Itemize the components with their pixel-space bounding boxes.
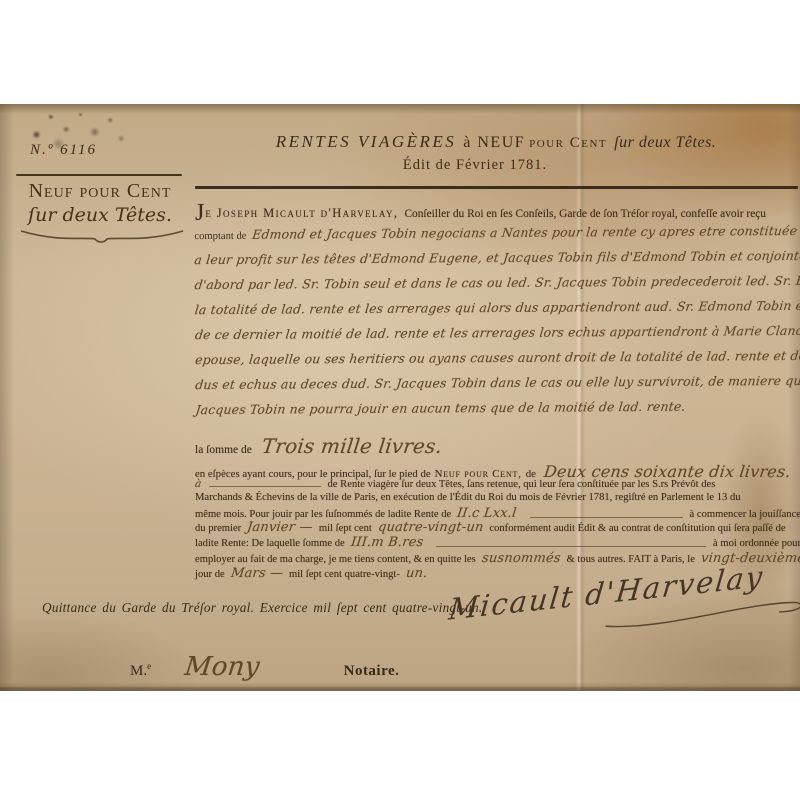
page: N.º 6116 Neuf pour Cent ſur deux Têtes. … (0, 0, 800, 800)
sum-label: la ſomme de (195, 444, 252, 456)
document-subtitle: Édit de Février 1781. (195, 157, 755, 174)
receipt-sum-line: ladite Rente: De laquelle ſomme de III.m… (195, 535, 800, 550)
annuity-line: à de Rente viagère ſur deux Têtes, ſans … (195, 478, 800, 490)
blank-rule (436, 546, 706, 547)
sum-line: la ſomme de Trois mille livres. (195, 434, 800, 458)
document-photo: N.º 6116 Neuf pour Cent ſur deux Têtes. … (0, 104, 800, 691)
enjoyment-text-b: à commencer la jouiſſance (690, 509, 800, 520)
receipt-text-b: à moi ordonnée pour (713, 538, 800, 549)
date-month-script: Mars — (230, 566, 284, 581)
start-text-a: du premier (195, 523, 241, 534)
enjoyment-amount-script: II.c Lxx.l (456, 506, 517, 521)
blank-rule (209, 486, 321, 487)
discharge-line: employer au fait de ma charge, je me tie… (195, 551, 800, 566)
manuscript-text: dus et echus au deces dud. Sr. Jacques T… (194, 367, 800, 397)
merchants-line: Marchands & Échevins de la ville de Pari… (195, 492, 800, 503)
notary-prefix: M. (130, 663, 147, 680)
document-title: RENTES VIAGÈRESà NEUFpour Centſur deux T… (195, 132, 797, 152)
annuity-lead-script: à (194, 478, 202, 490)
enjoyment-line: même mois. Pour jouir par les ſuſnommés … (195, 506, 800, 521)
blank-rule (530, 517, 683, 518)
date-year-script: un. (405, 566, 428, 581)
notary-prefix-sup: e (147, 661, 151, 671)
receipt-amount-script: III.m B.res (350, 535, 424, 550)
date-text-a: jour de (195, 569, 225, 580)
manuscript-text: Edmond et Jacques Tobin negocians a Nant… (251, 218, 800, 247)
intro-name: e Joseph Micault d'Harvelay, (205, 206, 398, 220)
title-pour-cent: pour Cent (529, 135, 607, 151)
brace-ornament (18, 228, 186, 246)
enjoyment-text-a: même mois. Pour jouir par les ſuſnommés … (195, 509, 451, 520)
start-text-b: mil ſept cent (319, 523, 372, 534)
quittance-line: Quittance du Garde du Tréſor royal. Exer… (42, 600, 482, 616)
discharge-text-a: employer au fait de ma charge, je me tie… (195, 554, 476, 565)
manuscript-line: dus et echus au deces dud. Sr. Jacques T… (195, 368, 800, 397)
start-text-c: conformément audit Édit & au contrat de … (489, 523, 785, 534)
side-label-rate: Neuf pour Cent (14, 180, 186, 203)
notary-line: M.e Mony Notaire. (130, 652, 399, 682)
manuscript-paragraph: comptant deEdmond et Jacques Tobin negoc… (194, 218, 800, 422)
title-a-neuf: à NEUF (463, 134, 525, 151)
ref-number: N.º 6116 (30, 142, 97, 159)
side-label-heads: ſur deux Têtes. (14, 204, 186, 226)
sum-amount-script: Trois mille livres. (260, 434, 443, 458)
annuity-text: de Rente viagère ſur deux Têtes, ſans re… (328, 479, 716, 490)
start-month-script: Janvier — (246, 520, 314, 535)
date-text-b: mil ſept cent quatre-vingt- (289, 569, 400, 580)
notary-label: Notaire. (344, 663, 400, 680)
header-divider (195, 186, 798, 189)
notary-name-script: Mony (183, 652, 261, 682)
title-sur-deux-tetes: ſur deux Têtes. (614, 134, 716, 151)
title-rentes-viageres: RENTES VIAGÈRES (276, 132, 457, 151)
start-year-script: quatre-vingt-un (377, 520, 484, 535)
discharge-text-b: & tous autres. FAIT à Paris, le (566, 554, 694, 565)
receipt-text-a: ladite Rente: De laquelle ſomme de (195, 538, 345, 549)
start-date-line: du premier Janvier — mil ſept cent quatr… (195, 520, 800, 535)
discharge-script: susnommés (481, 551, 562, 566)
manuscript-text: Jacques Tobin ne pourra jouir en aucun t… (194, 394, 687, 422)
comptant-label: comptant de (194, 231, 246, 242)
manuscript-line: Jacques Tobin ne pourra jouir en aucun t… (196, 393, 800, 422)
left-divider (16, 174, 182, 176)
